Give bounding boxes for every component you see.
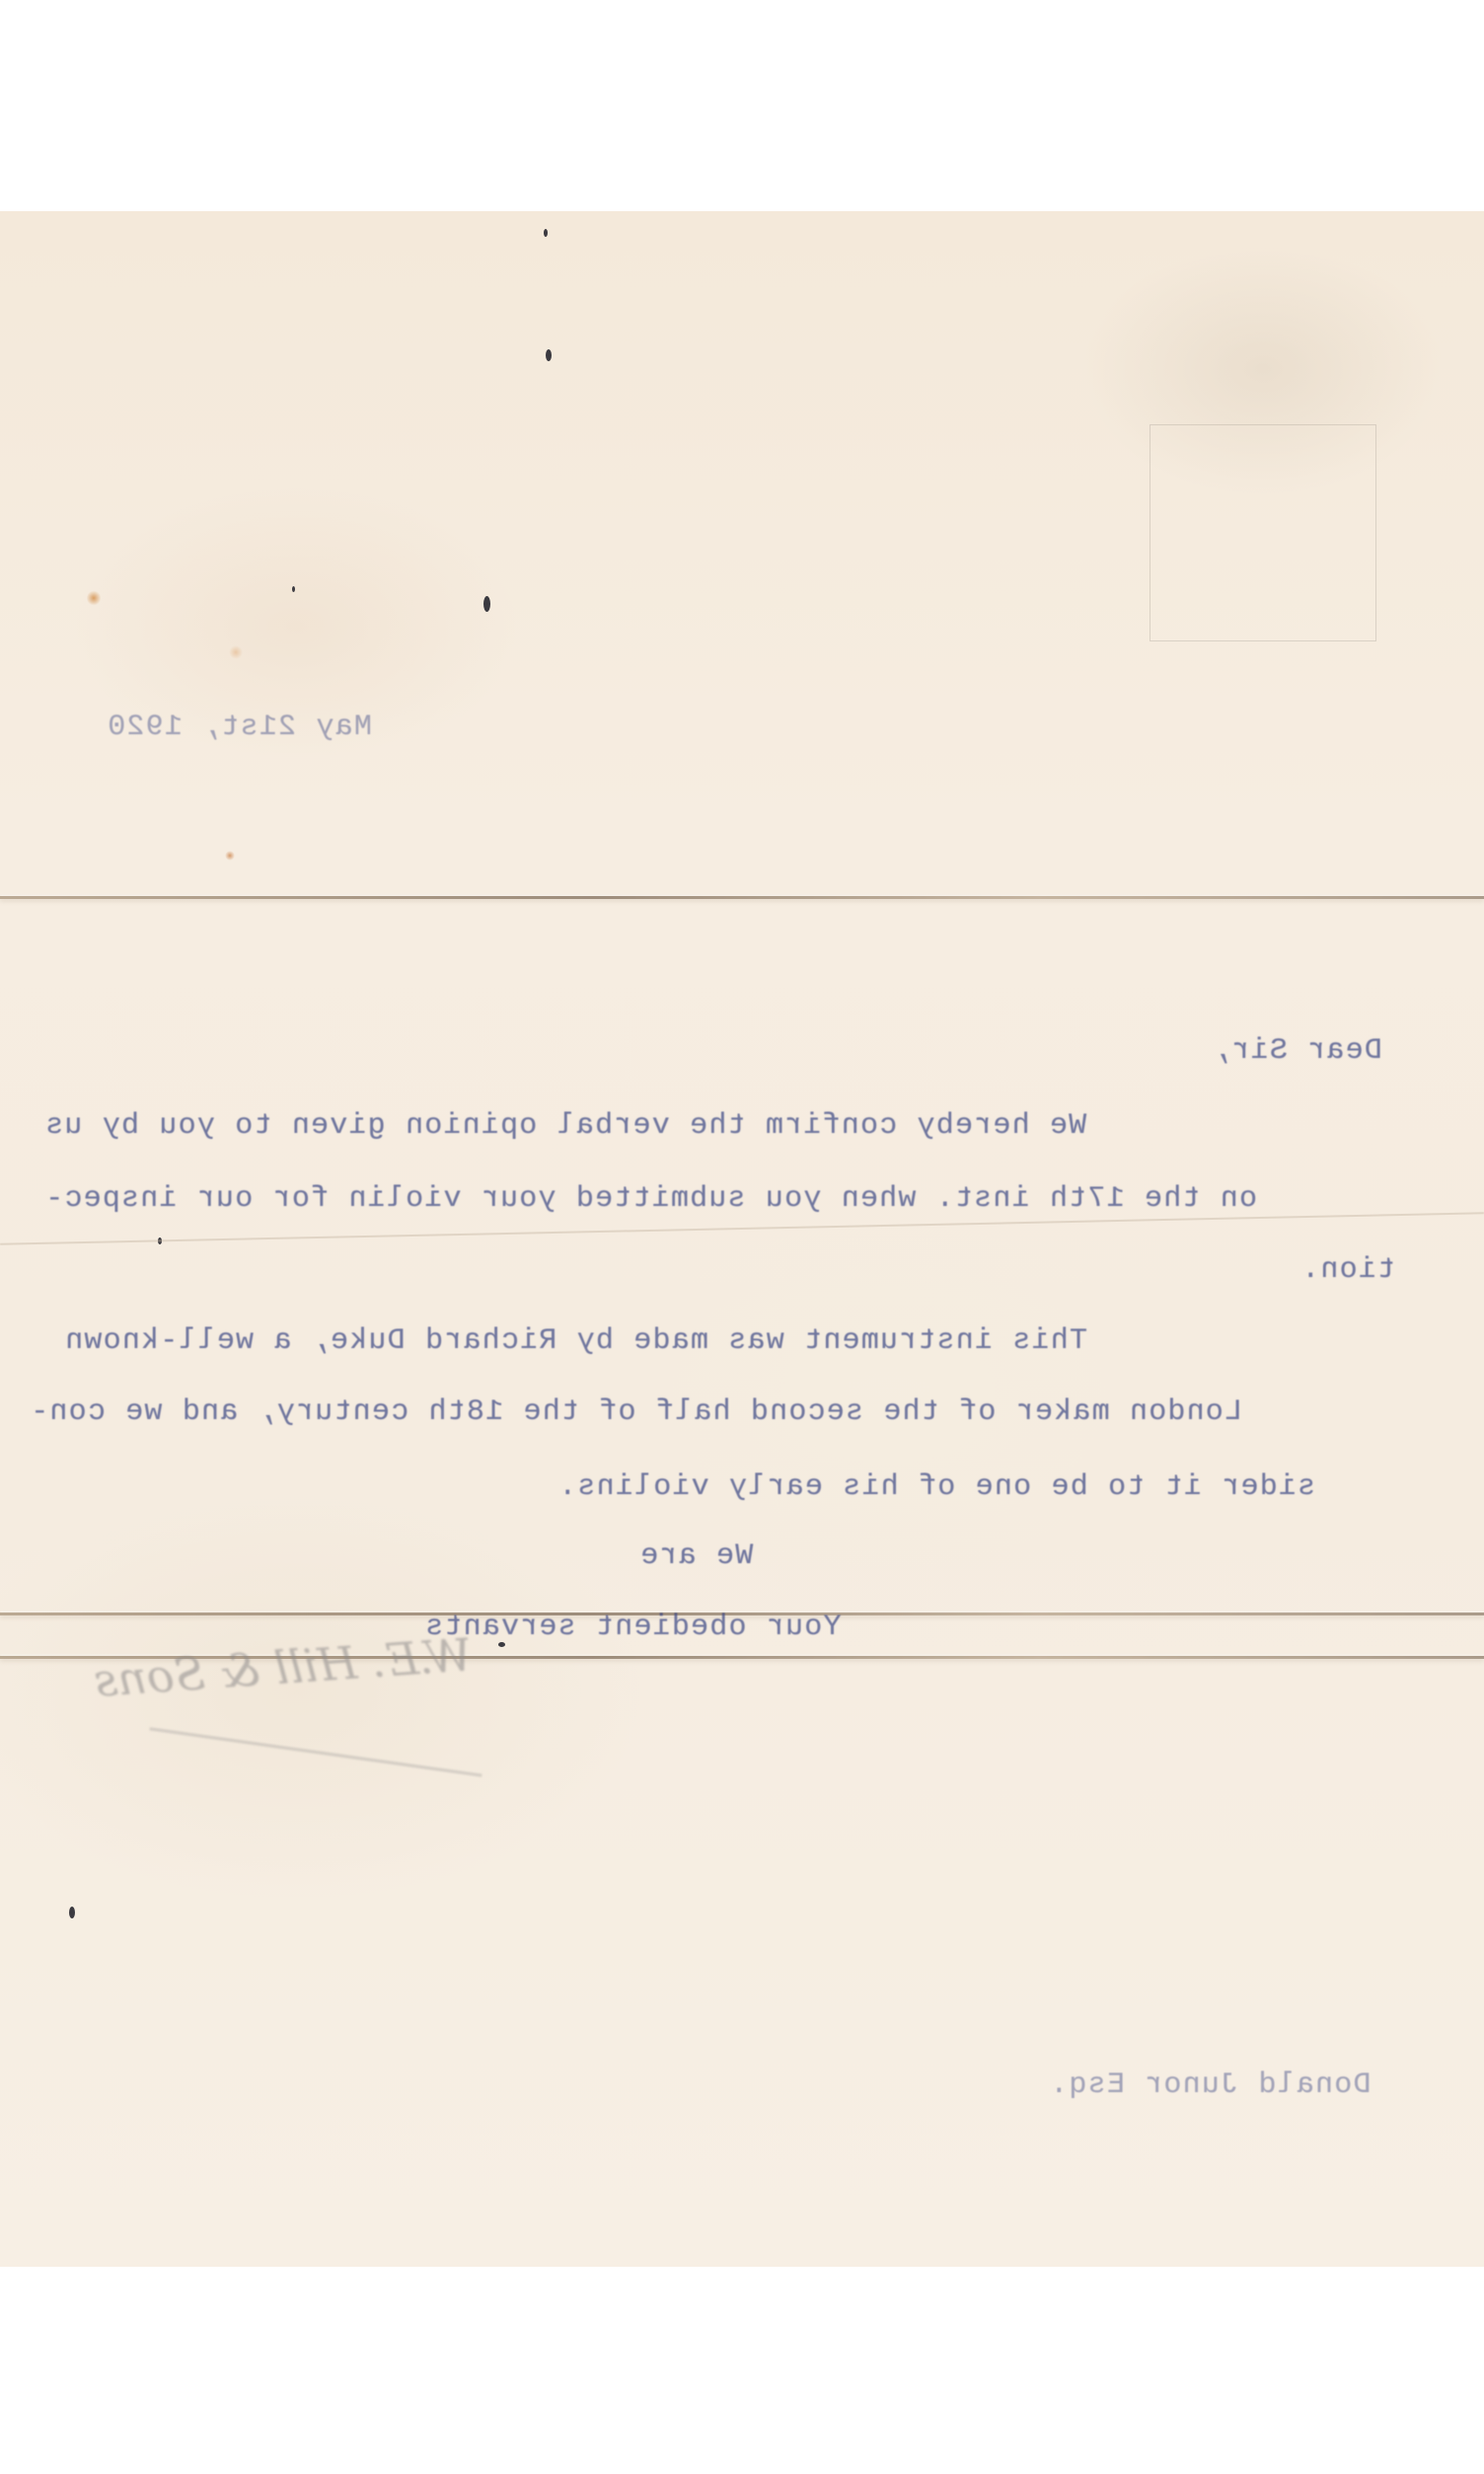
closing-servants: Your obedient servants [424,1611,841,1644]
body-line: London maker of the second half of the 1… [30,1395,1242,1429]
body-line: We hereby confirm the verbal opinion giv… [44,1109,1086,1143]
closing-we-are: We are [639,1539,753,1573]
fold-line [0,1212,1484,1244]
rust-stain [229,645,243,659]
letter-page: May 21st, 1920 Dear Sir, We hereby confi… [0,211,1484,2267]
body-line: tion. [1300,1253,1395,1287]
ink-speck [546,349,552,361]
body-line: This instrument was made by Richard Duke… [64,1324,1087,1358]
salutation: Dear Sir, [1212,1034,1382,1068]
date-line: May 21st, 1920 [107,711,372,744]
rust-stain [225,851,235,861]
faint-stamp-box [1150,424,1376,641]
ink-speck [544,229,548,237]
ink-speck [292,586,295,592]
body-line: on the 17th inst. when you submitted you… [44,1182,1257,1216]
body-line: sider it to be one of his early violins. [557,1470,1315,1504]
recipient-line: Donald Junor Esq. [1049,2068,1371,2102]
signature: W.E. Hill & Sons [56,1627,476,1745]
rust-stain [87,590,101,606]
ink-speck [483,596,490,612]
ink-speck [69,1907,75,1918]
signature-flourish [149,1727,482,1776]
fold-line [0,896,1484,899]
